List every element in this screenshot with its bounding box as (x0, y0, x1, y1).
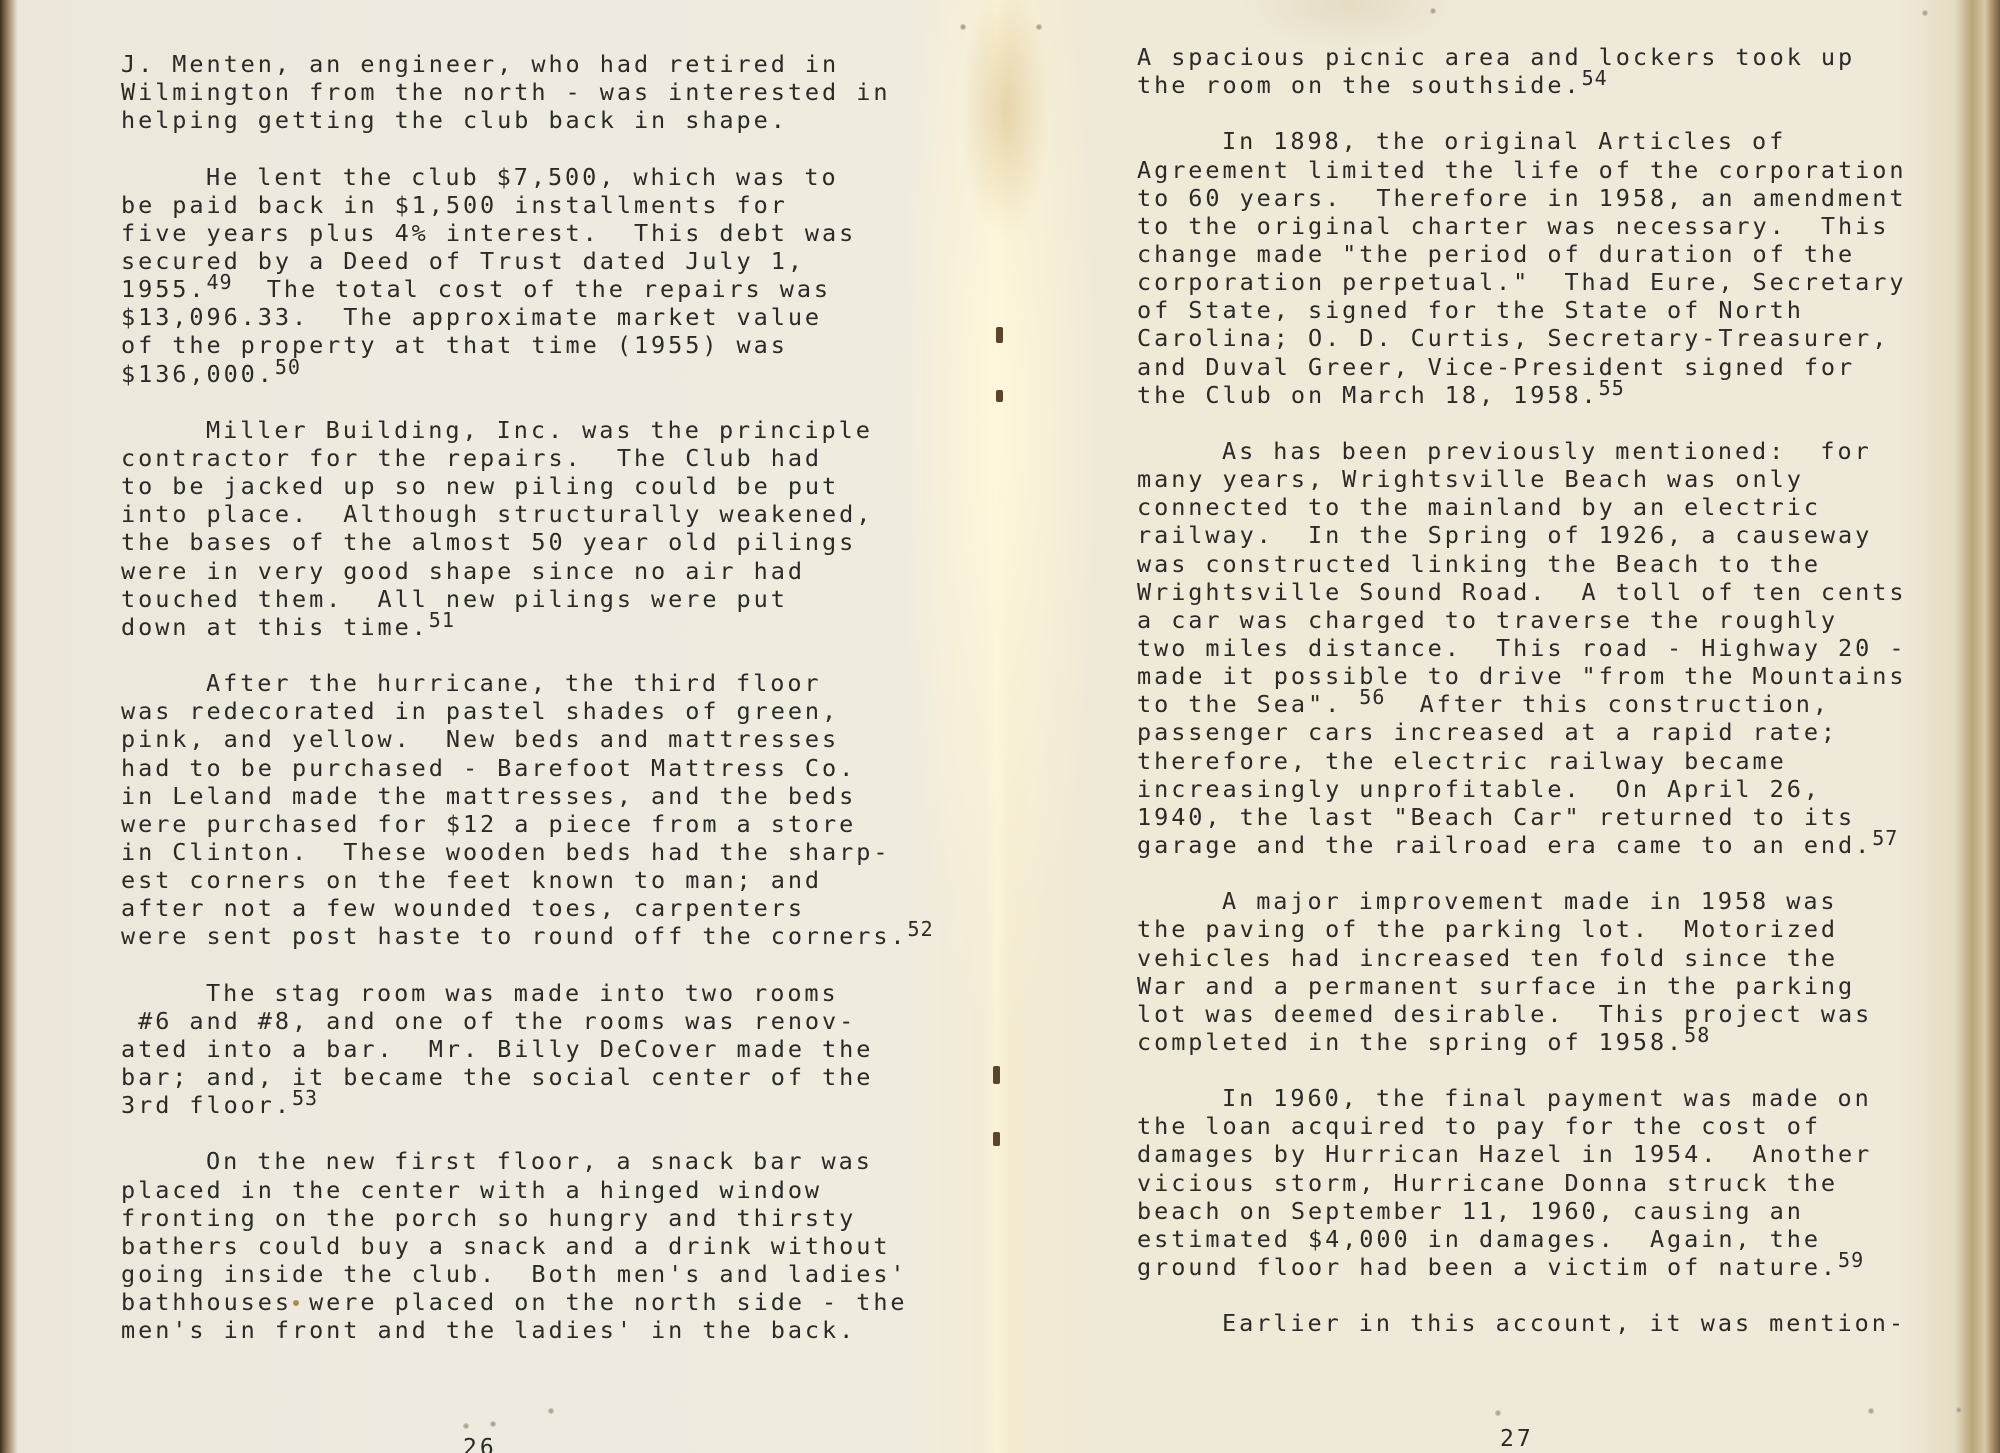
text-line: Wilmington from the north - was interest… (121, 78, 934, 106)
text-line: to the Sea". 56 After this construction, (1137, 690, 1906, 718)
line-text: contractor for the repairs. The Club had (121, 444, 822, 472)
text-line: placed in the center with a hinged windo… (121, 1176, 934, 1204)
paragraph: He lent the club $7,500, which was tobe … (121, 163, 934, 388)
text-line: estimated $4,000 in damages. Again, the (1137, 1225, 1906, 1253)
text-line: completed in the spring of 1958.58 (1137, 1028, 1906, 1056)
line-text: helping getting the club back in shape. (121, 106, 788, 134)
text-line: and Duval Greer, Vice-President signed f… (1137, 353, 1906, 381)
line-text: 3rd floor. (121, 1091, 292, 1119)
line-text: On the new first floor, a snack bar was (206, 1147, 873, 1175)
line-text: damages by Hurrican Hazel in 1954. Anoth… (1137, 1140, 1872, 1168)
line-text: In 1898, the original Articles of (1222, 127, 1786, 155)
text-line: As has been previously mentioned: for (1137, 437, 1906, 465)
line-text: 1955. (121, 275, 207, 303)
line-text: lot was deemed desirable. This project w… (1137, 1000, 1872, 1028)
text-line: vicious storm, Hurricane Donna struck th… (1137, 1169, 1906, 1197)
line-text: of the property at that time (1955) was (121, 331, 788, 359)
line-text-continued: After this construction, (1385, 690, 1830, 718)
text-line: two miles distance. This road - Highway … (1137, 634, 1906, 662)
text-line: be paid back in $1,500 installments for (121, 191, 934, 219)
line-text: men's in front and the ladies' in the ba… (121, 1316, 856, 1344)
footnote-marker: 55 (1599, 376, 1625, 400)
line-text: was constructed linking the Beach to the (1137, 550, 1821, 578)
footnote-marker: 59 (1838, 1248, 1864, 1272)
text-line: secured by a Deed of Trust dated July 1, (121, 247, 934, 275)
line-text: Wrightsville Sound Road. A toll of ten c… (1137, 578, 1906, 606)
text-line: damages by Hurrican Hazel in 1954. Anoth… (1137, 1140, 1906, 1168)
line-text: estimated $4,000 in damages. Again, the (1137, 1225, 1821, 1253)
text-line: of State, signed for the State of North (1137, 296, 1906, 324)
text-line: ated into a bar. Mr. Billy DeCover made … (121, 1035, 934, 1063)
left-page: J. Menten, an engineer, who had retired … (0, 0, 997, 1453)
text-line: 3rd floor.53 (121, 1091, 934, 1119)
footnote-marker: 54 (1582, 66, 1608, 90)
line-text: into place. Although structurally weaken… (121, 500, 873, 528)
text-line: The stag room was made into two rooms (121, 979, 934, 1007)
footnote-marker: 50 (275, 355, 301, 379)
paragraph: As has been previously mentioned: forman… (1137, 437, 1906, 859)
line-text: of State, signed for the State of North (1137, 296, 1804, 324)
footnote-marker: 56 (1359, 685, 1385, 709)
footnote-marker: 52 (908, 917, 934, 941)
line-text-continued: The total cost of the repairs was (233, 275, 831, 303)
line-text: Earlier in this account, it was mention- (1222, 1309, 1906, 1337)
text-line: was redecorated in pastel shades of gree… (121, 697, 934, 725)
line-text: the Club on March 18, 1958. (1137, 381, 1599, 409)
text-line: ground floor had been a victim of nature… (1137, 1253, 1906, 1281)
footnote-marker: 53 (292, 1086, 318, 1110)
paragraph: Earlier in this account, it was mention- (1137, 1309, 1906, 1337)
line-text: were purchased for $12 a piece from a st… (121, 810, 856, 838)
text-line: A spacious picnic area and lockers took … (1137, 43, 1906, 71)
footnote-marker: 51 (429, 608, 455, 632)
text-line: was constructed linking the Beach to the (1137, 550, 1906, 578)
text-line: bar; and, it became the social center of… (121, 1063, 934, 1091)
text-line: the room on the southside.54 (1137, 71, 1906, 99)
paragraph: The stag room was made into two rooms #6… (121, 979, 934, 1120)
line-text: ground floor had been a victim of nature… (1137, 1253, 1838, 1281)
text-line: lot was deemed desirable. This project w… (1137, 1000, 1906, 1028)
paragraph: After the hurricane, the third floorwas … (121, 669, 934, 950)
line-text: were in very good shape since no air had (121, 557, 805, 585)
text-line: #6 and #8, and one of the rooms was reno… (121, 1007, 934, 1035)
line-text: corporation perpetual." Thad Eure, Secre… (1137, 268, 1906, 296)
left-page-body: J. Menten, an engineer, who had retired … (121, 50, 934, 1373)
line-text: going inside the club. Both men's and la… (121, 1260, 908, 1288)
text-line: a car was charged to traverse the roughl… (1137, 606, 1906, 634)
text-line: the Club on March 18, 1958.55 (1137, 381, 1906, 409)
line-text: The stag room was made into two rooms (206, 979, 839, 1007)
text-line: five years plus 4% interest. This debt w… (121, 219, 934, 247)
line-text: increasingly unprofitable. On April 26, (1137, 775, 1821, 803)
text-line: into place. Although structurally weaken… (121, 500, 934, 528)
text-line: Earlier in this account, it was mention- (1137, 1309, 1906, 1337)
line-text: Miller Building, Inc. was the principle (206, 416, 873, 444)
text-line: pink, and yellow. New beds and mattresse… (121, 725, 934, 753)
line-text: to the Sea". (1137, 690, 1359, 718)
text-line: bathhouses were placed on the north side… (121, 1288, 934, 1316)
book-spread: J. Menten, an engineer, who had retired … (0, 0, 2000, 1453)
line-text: placed in the center with a hinged windo… (121, 1176, 822, 1204)
line-text: the loan acquired to pay for the cost of (1137, 1112, 1821, 1140)
line-text: connected to the mainland by an electric (1137, 493, 1821, 521)
text-line: passenger cars increased at a rapid rate… (1137, 718, 1906, 746)
text-line: Agreement limited the life of the corpor… (1137, 156, 1906, 184)
line-text: $136,000. (121, 360, 275, 388)
text-line: railway. In the Spring of 1926, a causew… (1137, 521, 1906, 549)
text-line: going inside the club. Both men's and la… (121, 1260, 934, 1288)
text-line: were purchased for $12 a piece from a st… (121, 810, 934, 838)
line-text: the paving of the parking lot. Motorized (1137, 915, 1838, 943)
text-line: $136,000.50 (121, 360, 934, 388)
text-line: vehicles had increased ten fold since th… (1137, 944, 1906, 972)
paragraph: In 1898, the original Articles ofAgreeme… (1137, 127, 1906, 408)
line-text: After the hurricane, the third floor (206, 669, 822, 697)
line-text: vehicles had increased ten fold since th… (1137, 944, 1838, 972)
text-line: In 1960, the final payment was made on (1137, 1084, 1906, 1112)
page-number: 27 (1500, 1426, 1534, 1452)
line-text: had to be purchased - Barefoot Mattress … (121, 754, 856, 782)
line-text: A spacious picnic area and lockers took … (1137, 43, 1855, 71)
text-line: made it possible to drive "from the Moun… (1137, 662, 1906, 690)
right-page: A spacious picnic area and lockers took … (997, 0, 2000, 1453)
text-line: corporation perpetual." Thad Eure, Secre… (1137, 268, 1906, 296)
line-text: J. Menten, an engineer, who had retired … (121, 50, 839, 78)
footnote-marker: 49 (207, 270, 233, 294)
paragraph: In 1960, the final payment was made onth… (1137, 1084, 1906, 1281)
line-text: In 1960, the final payment was made on (1222, 1084, 1872, 1112)
text-line: change made "the period of duration of t… (1137, 240, 1906, 268)
line-text: $13,096.33. The approximate market value (121, 303, 822, 331)
paragraph: On the new first floor, a snack bar wasp… (121, 1147, 934, 1344)
line-text: beach on September 11, 1960, causing an (1137, 1197, 1804, 1225)
text-line: touched them. All new pilings were put (121, 585, 934, 613)
line-text: #6 and #8, and one of the rooms was reno… (121, 1007, 856, 1035)
text-line: in Clinton. These wooden beds had the sh… (121, 838, 934, 866)
text-line: est corners on the feet known to man; an… (121, 866, 934, 894)
line-text: therefore, the electric railway became (1137, 747, 1787, 775)
text-line: to 60 years. Therefore in 1958, an amend… (1137, 184, 1906, 212)
line-text: War and a permanent surface in the parki… (1137, 972, 1855, 1000)
line-text: made it possible to drive "from the Moun… (1137, 662, 1906, 690)
text-line: Miller Building, Inc. was the principle (121, 416, 934, 444)
line-text: change made "the period of duration of t… (1137, 240, 1855, 268)
footnote-marker: 57 (1872, 826, 1898, 850)
line-text: As has been previously mentioned: for (1222, 437, 1872, 465)
line-text: the bases of the almost 50 year old pili… (121, 528, 856, 556)
line-text: railway. In the Spring of 1926, a causew… (1137, 521, 1872, 549)
line-text: A major improvement made in 1958 was (1222, 887, 1838, 915)
line-text: completed in the spring of 1958. (1137, 1028, 1684, 1056)
text-line: down at this time.51 (121, 613, 934, 641)
text-line: J. Menten, an engineer, who had retired … (121, 50, 934, 78)
line-text: was redecorated in pastel shades of gree… (121, 697, 839, 725)
line-text: passenger cars increased at a rapid rate… (1137, 718, 1838, 746)
text-line: in Leland made the mattresses, and the b… (121, 782, 934, 810)
right-page-body: A spacious picnic area and lockers took … (1137, 43, 1906, 1366)
line-text: a car was charged to traverse the roughl… (1137, 606, 1838, 634)
line-text: He lent the club $7,500, which was to (206, 163, 839, 191)
text-line: after not a few wounded toes, carpenters (121, 894, 934, 922)
text-line: had to be purchased - Barefoot Mattress … (121, 754, 934, 782)
text-line: beach on September 11, 1960, causing an (1137, 1197, 1906, 1225)
line-text: were sent post haste to round off the co… (121, 922, 908, 950)
line-text: down at this time. (121, 613, 429, 641)
line-text: to the original charter was necessary. T… (1137, 212, 1889, 240)
line-text: bar; and, it became the social center of… (121, 1063, 873, 1091)
line-text: bathers could buy a snack and a drink wi… (121, 1232, 890, 1260)
line-text: est corners on the feet known to man; an… (121, 866, 822, 894)
text-line: of the property at that time (1955) was (121, 331, 934, 359)
line-text: fronting on the porch so hungry and thir… (121, 1204, 856, 1232)
paragraph: A major improvement made in 1958 wasthe … (1137, 887, 1906, 1056)
line-text: Agreement limited the life of the corpor… (1137, 156, 1906, 184)
line-text: Wilmington from the north - was interest… (121, 78, 890, 106)
line-text: five years plus 4% interest. This debt w… (121, 219, 856, 247)
text-line: men's in front and the ladies' in the ba… (121, 1316, 934, 1344)
text-line: garage and the railroad era came to an e… (1137, 831, 1906, 859)
paragraph: Miller Building, Inc. was the principlec… (121, 416, 934, 641)
line-text: pink, and yellow. New beds and mattresse… (121, 725, 839, 753)
line-text: vicious storm, Hurricane Donna struck th… (1137, 1169, 1838, 1197)
text-line: In 1898, the original Articles of (1137, 127, 1906, 155)
text-line: Carolina; O. D. Curtis, Secretary-Treasu… (1137, 324, 1906, 352)
text-line: After the hurricane, the third floor (121, 669, 934, 697)
text-line: On the new first floor, a snack bar was (121, 1147, 934, 1175)
text-line: were in very good shape since no air had (121, 557, 934, 585)
text-line: to the original charter was necessary. T… (1137, 212, 1906, 240)
text-line: increasingly unprofitable. On April 26, (1137, 775, 1906, 803)
line-text: be paid back in $1,500 installments for (121, 191, 788, 219)
text-line: the loan acquired to pay for the cost of (1137, 1112, 1906, 1140)
line-text: to 60 years. Therefore in 1958, an amend… (1137, 184, 1906, 212)
text-line: $13,096.33. The approximate market value (121, 303, 934, 331)
text-line: were sent post haste to round off the co… (121, 922, 934, 950)
line-text: many years, Wrightsville Beach was only (1137, 465, 1804, 493)
line-text: after not a few wounded toes, carpenters (121, 894, 805, 922)
line-text: ated into a bar. Mr. Billy DeCover made … (121, 1035, 873, 1063)
text-line: contractor for the repairs. The Club had (121, 444, 934, 472)
paragraph: A spacious picnic area and lockers took … (1137, 43, 1906, 99)
line-text: to be jacked up so new piling could be p… (121, 472, 839, 500)
line-text: bathhouses were placed on the north side… (121, 1288, 908, 1316)
text-line: helping getting the club back in shape. (121, 106, 934, 134)
line-text: 1940, the last "Beach Car" returned to i… (1137, 803, 1855, 831)
text-line: fronting on the porch so hungry and thir… (121, 1204, 934, 1232)
page-number: 26 (463, 1435, 497, 1453)
text-line: War and a permanent surface in the parki… (1137, 972, 1906, 1000)
line-text: in Leland made the mattresses, and the b… (121, 782, 856, 810)
line-text: the room on the southside. (1137, 71, 1582, 99)
line-text: two miles distance. This road - Highway … (1137, 634, 1906, 662)
text-line: He lent the club $7,500, which was to (121, 163, 934, 191)
line-text: garage and the railroad era came to an e… (1137, 831, 1872, 859)
text-line: the paving of the parking lot. Motorized (1137, 915, 1906, 943)
text-line: therefore, the electric railway became (1137, 747, 1906, 775)
line-text: in Clinton. These wooden beds had the sh… (121, 838, 890, 866)
text-line: the bases of the almost 50 year old pili… (121, 528, 934, 556)
text-line: Wrightsville Sound Road. A toll of ten c… (1137, 578, 1906, 606)
text-line: bathers could buy a snack and a drink wi… (121, 1232, 934, 1260)
line-text: Carolina; O. D. Curtis, Secretary-Treasu… (1137, 324, 1889, 352)
text-line: 1940, the last "Beach Car" returned to i… (1137, 803, 1906, 831)
text-line: many years, Wrightsville Beach was only (1137, 465, 1906, 493)
footnote-marker: 58 (1684, 1023, 1710, 1047)
text-line: connected to the mainland by an electric (1137, 493, 1906, 521)
text-line: A major improvement made in 1958 was (1137, 887, 1906, 915)
text-line: to be jacked up so new piling could be p… (121, 472, 934, 500)
text-line: 1955.49 The total cost of the repairs wa… (121, 275, 934, 303)
paragraph: J. Menten, an engineer, who had retired … (121, 50, 934, 134)
line-text: and Duval Greer, Vice-President signed f… (1137, 353, 1855, 381)
